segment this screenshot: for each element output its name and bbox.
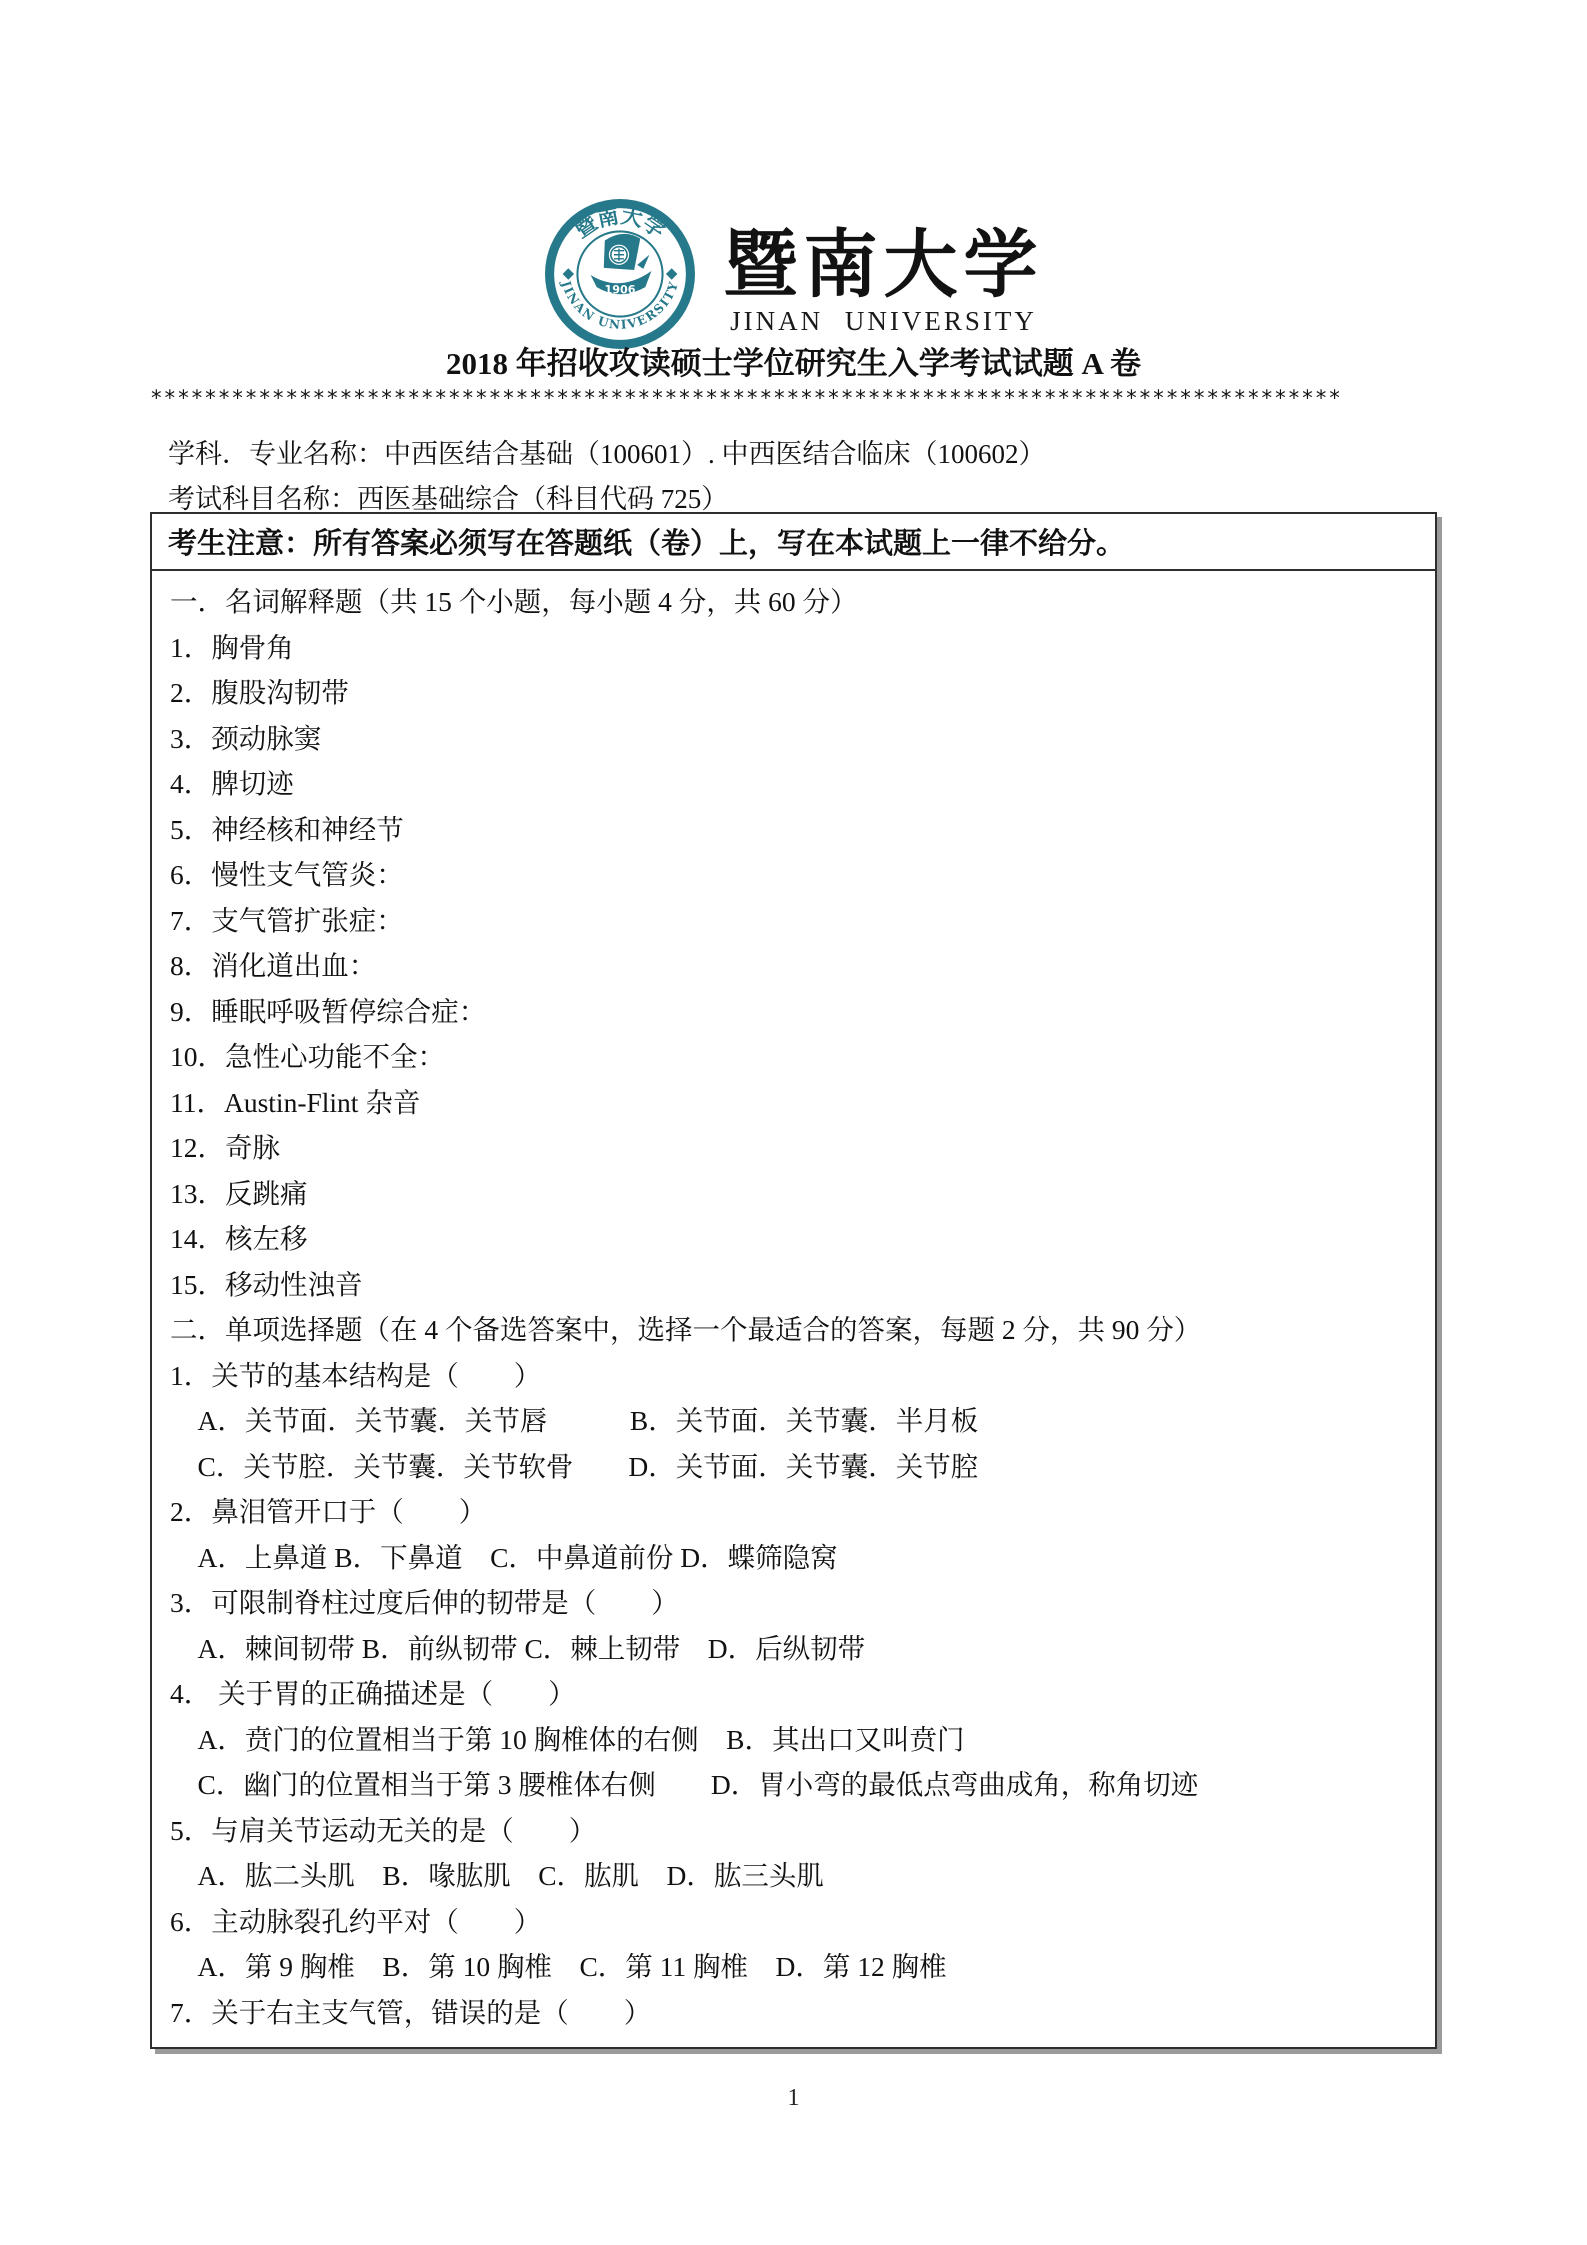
question-line: 2．腹股沟韧带 [170, 670, 1419, 716]
question-line: A．肱二头肌 B．喙肱肌 C．肱肌 D．肱三头肌 [170, 1853, 1419, 1899]
university-seal-icon: 暨南大学 JINAN UNIVERSITY 1906 [544, 198, 696, 350]
questions-section: 一．名词解释题（共 15 个小题，每小题 4 分，共 60 分）1．胸骨角2．腹… [152, 571, 1435, 2047]
seal-year-text: 1906 [604, 283, 635, 296]
question-line: 15．移动性浊音 [170, 1262, 1419, 1308]
exam-body-box: 考生注意：所有答案必须写在答题纸（卷）上，写在本试题上一律不给分。 一．名词解释… [150, 512, 1437, 2049]
logo-wordmark-cn: 暨南大学 [724, 228, 1044, 302]
page-number: 1 [0, 2085, 1587, 2112]
question-line: C．幽门的位置相当于第 3 腰椎体右侧 D．胃小弯的最低点弯曲成角，称角切迹 [170, 1762, 1419, 1808]
question-line: 9．睡眠呼吸暂停综合症： [170, 989, 1419, 1035]
question-line: 14．核左移 [170, 1216, 1419, 1262]
question-line: 7．关于右主支气管，错误的是（ ） [170, 1990, 1419, 2036]
question-line: 3．可限制脊柱过度后伸的韧带是（ ） [170, 1580, 1419, 1626]
question-line: 6．慢性支气管炎： [170, 852, 1419, 898]
question-line: 8．消化道出血： [170, 943, 1419, 989]
question-line: 13．反跳痛 [170, 1171, 1419, 1217]
question-line: 5．神经核和神经节 [170, 807, 1419, 853]
question-line: 一．名词解释题（共 15 个小题，每小题 4 分，共 60 分） [170, 579, 1419, 625]
university-logo: 暨南大学 JINAN UNIVERSITY 1906 暨南大学 JINAN UN… [544, 198, 1044, 350]
logo-wordmark: 暨南大学 JINAN UNIVERSITY [724, 228, 1044, 337]
question-line: 10．急性心功能不全： [170, 1034, 1419, 1080]
question-line: 3．颈动脉窦 [170, 716, 1419, 762]
question-line: A．关节面．关节囊．关节唇 B．关节面．关节囊．半月板 [170, 1398, 1419, 1444]
exam-title: 2018 年招收攻读硕士学位研究生入学考试试题 A 卷 [0, 338, 1587, 383]
question-line: 1．胸骨角 [170, 625, 1419, 671]
asterisk-divider: ****************************************… [150, 386, 1440, 412]
question-line: A．棘间韧带 B．前纵韧带 C．棘上韧带 D．后纵韧带 [170, 1626, 1419, 1672]
question-line: C．关节腔．关节囊．关节软骨 D．关节面．关节囊．关节腔 [170, 1444, 1419, 1490]
question-line: A．第 9 胸椎 B．第 10 胸椎 C．第 11 胸椎 D．第 12 胸椎 [170, 1944, 1419, 1990]
question-line: 5．与肩关节运动无关的是（ ） [170, 1808, 1419, 1854]
question-line: 二．单项选择题（在 4 个备选答案中，选择一个最适合的答案，每题 2 分，共 9… [170, 1307, 1419, 1353]
exam-paper-page: { "logo": { "teal": "#26798a", "seal_top… [0, 0, 1587, 2245]
candidate-notice: 考生注意：所有答案必须写在答题纸（卷）上，写在本试题上一律不给分。 [152, 514, 1435, 571]
question-line: 6．主动脉裂孔约平对（ ） [170, 1899, 1419, 1945]
question-line: 1．关节的基本结构是（ ） [170, 1353, 1419, 1399]
question-line: 12．奇脉 [170, 1125, 1419, 1171]
subject-name-line: 考试科目名称：西医基础综合（科目代码 725） [168, 477, 728, 516]
question-line: 4．脾切迹 [170, 761, 1419, 807]
question-line: A．上鼻道 B．下鼻道 C．中鼻道前份 D．蝶筛隐窝 [170, 1535, 1419, 1581]
question-line: A．贲门的位置相当于第 10 胸椎体的右侧 B．其出口又叫贲门 [170, 1717, 1419, 1763]
question-line: 11．Austin-Flint 杂音 [170, 1080, 1419, 1126]
major-name-line: 学科．专业名称：中西医结合基础（100601）. 中西医结合临床（100602） [168, 432, 1046, 471]
question-line: 2．鼻泪管开口于（ ） [170, 1489, 1419, 1535]
question-line: 7．支气管扩张症： [170, 898, 1419, 944]
question-line: 4． 关于胃的正确描述是（ ） [170, 1671, 1419, 1717]
logo-wordmark-en: JINAN UNIVERSITY [730, 306, 1037, 337]
